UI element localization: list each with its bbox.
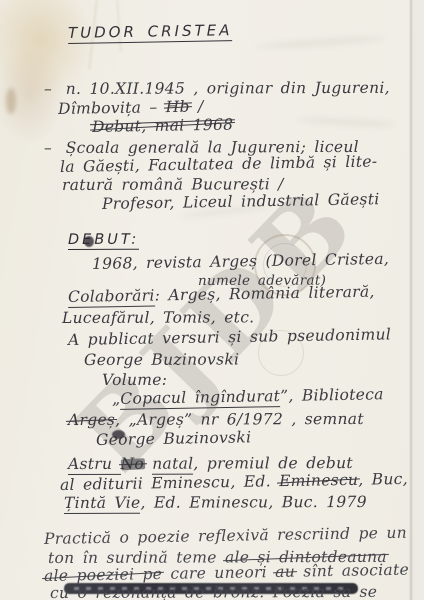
manuscript-line: Astru No natal, premiul de debut	[68, 454, 353, 473]
ink-blot	[112, 430, 125, 439]
section-heading-debut: DEBUT:	[68, 232, 139, 248]
document-title: TUDOR CRISTEA	[68, 21, 233, 42]
manuscript-line: –n. 10.XII.1945 , originar din Jugureni,	[44, 79, 390, 98]
manuscript-line: George Buzinovski	[84, 350, 239, 369]
manuscript-line: Luceafărul, Tomis, etc.	[62, 308, 254, 327]
manuscript-line: ratură română București /	[62, 175, 284, 194]
manuscript-line: Debut, mai 1968	[92, 116, 234, 136]
scanned-manuscript-page: BJDB TUDOR CRISTEA –n. 10.XII.1945 , ori…	[0, 0, 424, 600]
manuscript-line: Volume:	[102, 371, 167, 389]
manuscript-line: A publicat versuri și sub pseudonimul	[68, 325, 391, 349]
manuscript-line: Colaborări: Argeș, România literară,	[68, 283, 375, 306]
paper-stain	[6, 88, 16, 114]
manuscript-line: „Copacul îngîndurat”, Biblioteca	[112, 385, 384, 408]
paper-edge	[409, 0, 424, 600]
dash-bullet: –	[44, 139, 52, 157]
ink-showthrough	[255, 33, 385, 51]
dash-bullet: –	[44, 80, 52, 98]
manuscript-line: cu o rezonanță de bronz. Poezia sa se	[50, 583, 377, 600]
manuscript-line: Dîmbovița – Hb /	[58, 97, 204, 118]
manuscript-line: Argeș, „Argeș” nr 6/1972 , semnat	[68, 410, 364, 429]
manuscript-line: Țintă Vie, Ed. Eminescu, Buc. 1979	[64, 493, 367, 512]
ink-blot	[84, 236, 94, 247]
